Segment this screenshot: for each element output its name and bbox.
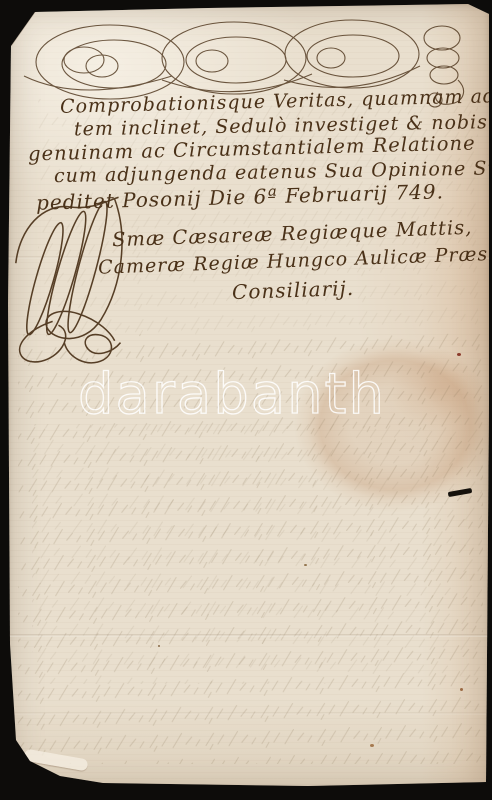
manuscript-paper: Comprobationisque Veritas, quamnam ad pa… xyxy=(8,4,489,792)
closing-line: Consiliarij. xyxy=(232,276,355,304)
ink-speck xyxy=(304,564,307,566)
signature-monogram xyxy=(10,194,136,376)
ink-speck xyxy=(457,353,461,356)
ink-speck xyxy=(460,688,463,691)
document-photo: Comprobationisque Veritas, quamnam ad pa… xyxy=(0,0,492,800)
fold-crease xyxy=(8,634,489,637)
fold-crease xyxy=(8,712,489,715)
ink-speck xyxy=(370,744,374,747)
ink-speck xyxy=(158,645,160,647)
auction-watermark: darabanth xyxy=(78,362,386,427)
